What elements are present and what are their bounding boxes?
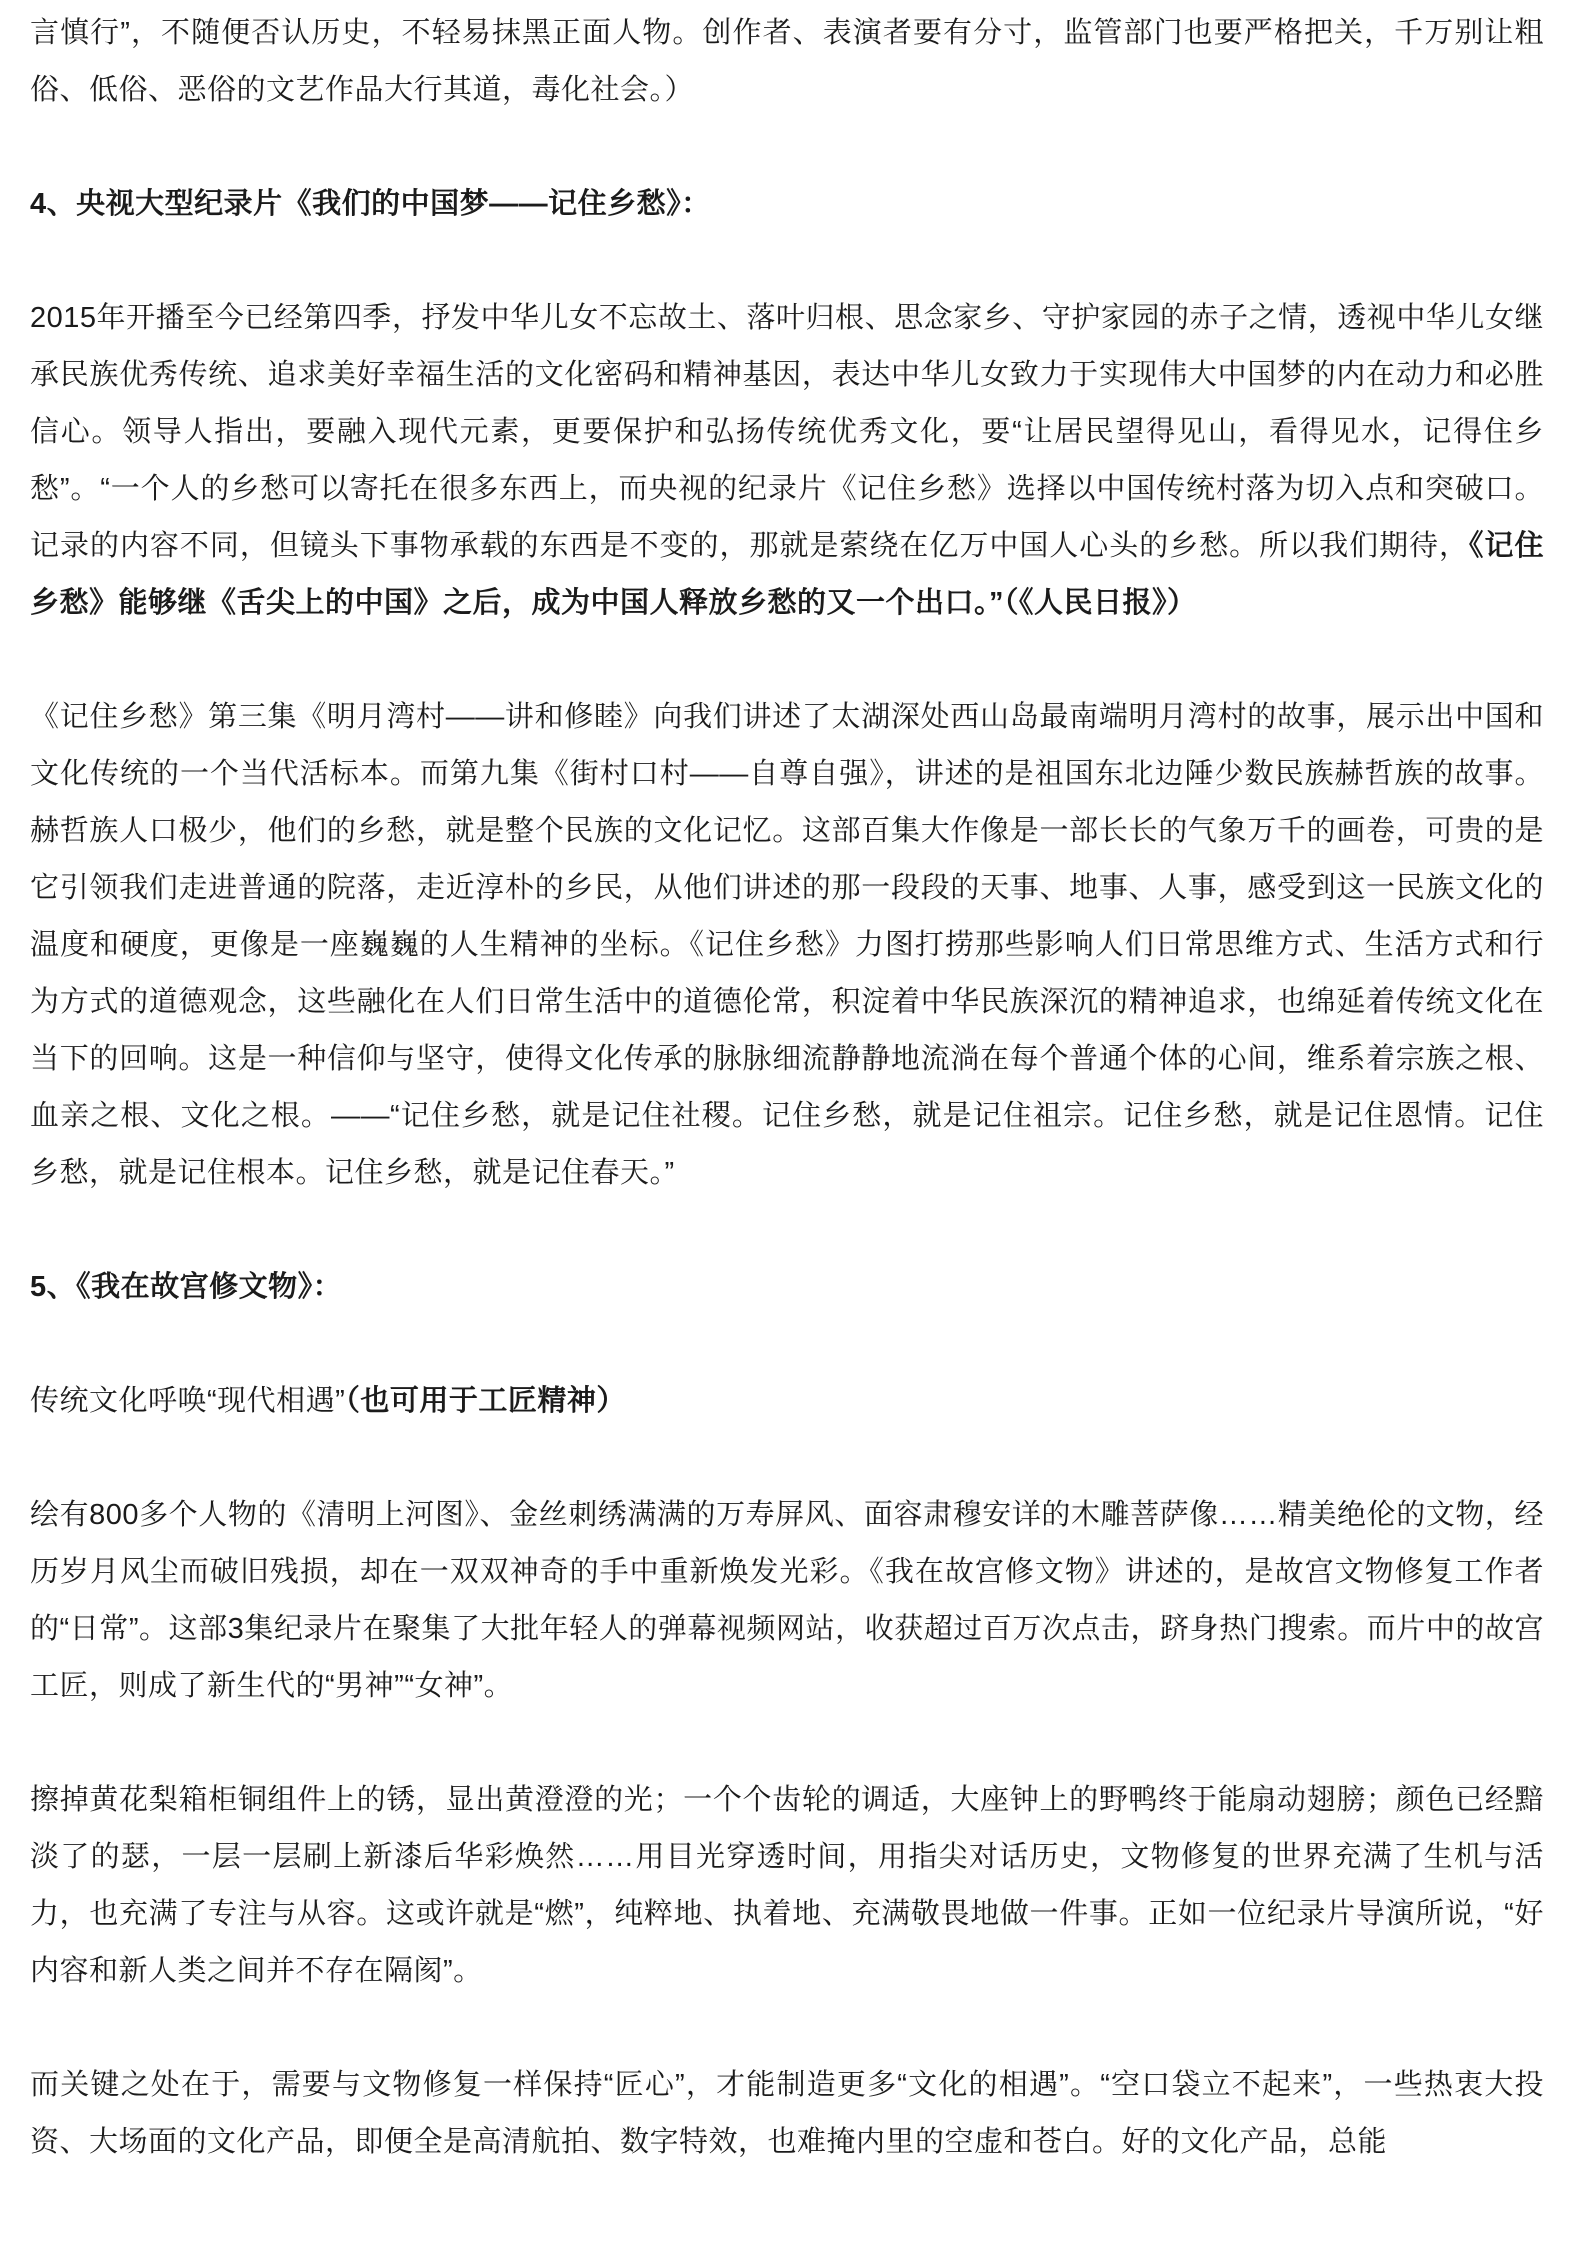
section5-paragraph-1: 绘有800多个人物的《清明上河图》、金丝刺绣满满的万寿屏风、面容肃穆安详的木雕菩… (30, 1487, 1544, 1715)
section5-paragraph-3-truncated: 而关键之处在于，需要与文物修复一样保持“匠心”，才能制造更多“文化的相遇”。“空… (30, 2057, 1544, 2171)
section-heading-4: 4、央视大型纪录片《我们的中国梦——记住乡愁》： (30, 176, 1544, 233)
emphasized-text-run: （也可用于工匠精神） (345, 1385, 626, 1417)
section-heading-5: 5、《我在故宫修文物》： (30, 1259, 1544, 1316)
section4-paragraph-1: 2015年开播至今已经第四季，抒发中华儿女不忘故土、落叶归根、思念家乡、守护家园… (30, 290, 1544, 632)
text-run: 2015年开播至今已经第四季，抒发中华儿女不忘故土、落叶归根、思念家乡、守护家园… (30, 302, 1544, 562)
heading-text: 5、《我在故宫修文物》： (30, 1271, 342, 1303)
text-run: 擦掉黄花梨箱柜铜组件上的锈，显出黄澄澄的光；一个个齿轮的调适，大座钟上的野鸭终于… (30, 1784, 1544, 1987)
document-page: 言慎行”，不随便否认历史，不轻易抹黑正面人物。创作者、表演者要有分寸，监管部门也… (0, 0, 1586, 2245)
section5-paragraph-2: 擦掉黄花梨箱柜铜组件上的锈，显出黄澄澄的光；一个个齿轮的调适，大座钟上的野鸭终于… (30, 1772, 1544, 2000)
text-run: 而关键之处在于，需要与文物修复一样保持“匠心”，才能制造更多“文化的相遇”。“空… (30, 2069, 1544, 2158)
paragraph-intro-continuation: 言慎行”，不随便否认历史，不轻易抹黑正面人物。创作者、表演者要有分寸，监管部门也… (30, 5, 1544, 119)
section4-paragraph-2: 《记住乡愁》第三集《明月湾村——讲和修睦》向我们讲述了太湖深处西山岛最南端明月湾… (30, 689, 1544, 1202)
heading-text: 4、央视大型纪录片《我们的中国梦——记住乡愁》： (30, 188, 711, 220)
section5-subtitle: 传统文化呼唤“现代相遇”（也可用于工匠精神） (30, 1373, 1544, 1430)
text-run: 言慎行”，不随便否认历史，不轻易抹黑正面人物。创作者、表演者要有分寸，监管部门也… (30, 17, 1544, 106)
text-run: 绘有800多个人物的《清明上河图》、金丝刺绣满满的万寿屏风、面容肃穆安详的木雕菩… (30, 1499, 1544, 1702)
text-run: 传统文化呼唤“现代相遇” (30, 1385, 345, 1417)
text-run: 《记住乡愁》第三集《明月湾村——讲和修睦》向我们讲述了太湖深处西山岛最南端明月湾… (30, 701, 1544, 1189)
